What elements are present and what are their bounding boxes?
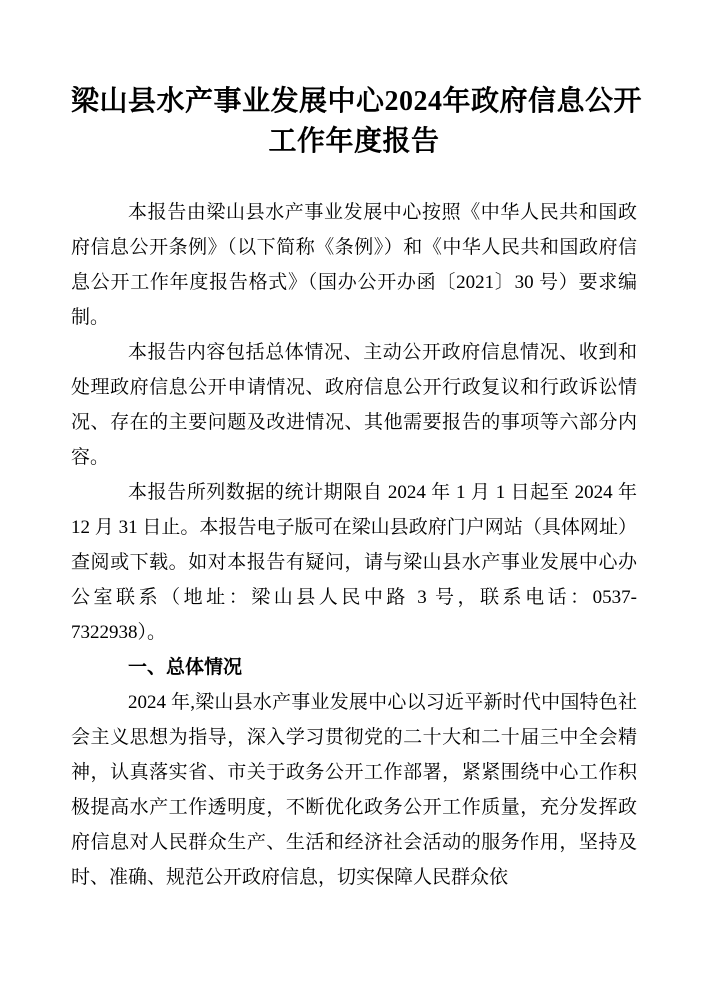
paragraph-report-contents: 本报告内容包括总体情况、主动公开政府信息情况、收到和处理政府信息公开申请情况、政… [71, 335, 637, 475]
title-line-1: 梁山县水产事业发展中心2024年政府信息公开 [71, 82, 637, 122]
document-body: 本报告由梁山县水产事业发展中心按照《中华人民共和国政府信息公开条例》（以下简称《… [71, 195, 637, 895]
section-heading-overall-situation: 一、总体情况 [71, 650, 637, 685]
paragraph-compilation-basis: 本报告由梁山县水产事业发展中心按照《中华人民共和国政府信息公开条例》（以下简称《… [71, 195, 637, 335]
document-title: 梁山县水产事业发展中心2024年政府信息公开 工作年度报告 [71, 82, 637, 162]
paragraph-overall-situation: 2024 年,梁山县水产事业发展中心以习近平新时代中国特色社会主义思想为指导，深… [71, 685, 637, 895]
title-line-2: 工作年度报告 [71, 122, 637, 162]
paragraph-statistics-period-contact: 本报告所列数据的统计期限自 2024 年 1 月 1 日起至 2024 年 12… [71, 475, 637, 650]
document-page: 梁山县水产事业发展中心2024年政府信息公开 工作年度报告 本报告由梁山县水产事… [0, 0, 707, 999]
